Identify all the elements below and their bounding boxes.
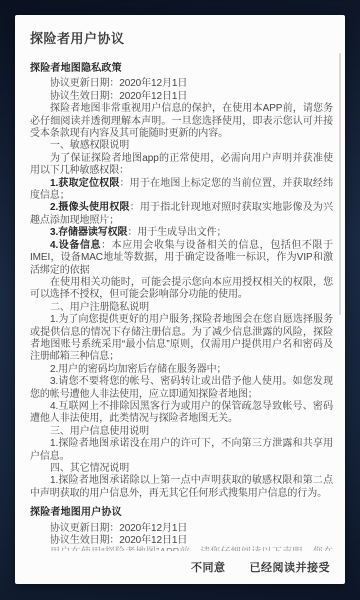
privacy-effective-date: 协议生效日期：2020年12日1日 xyxy=(30,91,333,103)
agreement-intro-truncated: 用户在使用“探险者地图”APP前，请您仔细阅读以下声明，您在使用探 xyxy=(30,547,333,551)
user-agreement-dialog: 探险者用户协议 探险者地图隐私政策 协议更新日期：2020年12月1日 协议生效… xyxy=(15,15,345,584)
info-use-item-1: 1.探险者地图承诺没在用户的许可下，不向第三方泄露和共享用户信息。 xyxy=(30,438,333,463)
privacy-policy-heading: 探险者地图隐私政策 xyxy=(30,63,333,75)
scrollbar-track xyxy=(339,53,341,544)
register-item-3: 3.请您不要将您的帐号、密码转让或出借予他人使用。如您发现您的帐号遭他人非法使用… xyxy=(30,376,333,401)
disagree-button[interactable]: 不同意 xyxy=(191,559,226,575)
agreement-effective-date: 协议生效日期：2020年12日1日 xyxy=(30,535,333,547)
user-agreement-heading: 探险者地图用户协议 xyxy=(30,507,333,519)
privacy-intro-paragraph: 探险者地图非常重视用户信息的保护，在使用本APP前，请您务必仔细阅读并透彻理解本… xyxy=(30,103,333,140)
permission-item-device-info: 4.设备信息：本应用会收集与设备相关的信息，包括但不限于IMEI，设备MAC地址… xyxy=(30,240,333,277)
section-1-title: 一、敏感权限说明 xyxy=(30,140,333,152)
section-3-title: 三、用户信息使用说明 xyxy=(30,426,333,438)
section-2-title: 二、用户注册隐私说明 xyxy=(30,302,333,314)
section-4-title: 四、其它情况说明 xyxy=(30,463,333,475)
permission-item-location: 1.获取定位权限：用于在地图上标定您的当前位置，并获取经纬度信息； xyxy=(30,178,333,203)
dialog-actions: 不同意 已经阅读并接受 xyxy=(191,559,330,575)
register-item-1: 1.为了向您提供更好的用户服务,探险者地图会在您自愿选择服务或提供信息的情况下存… xyxy=(30,314,333,364)
permission-note: 在使用相关功能时，可能会提示您向本应用授权相关的权限，您可以选择不授权，但可能会… xyxy=(30,277,333,302)
section-1-intro: 为了保证探险者地图app的正常使用，必需向用户声明并获准使用以下几种敏感权限： xyxy=(30,153,333,178)
accept-button[interactable]: 已经阅读并接受 xyxy=(250,559,331,575)
permission-item-camera: 2.摄像头使用权限：用于指北针现地对照时获取实地影像及为兴趣点添加现地照片； xyxy=(30,202,333,227)
scrollbar-thumb[interactable] xyxy=(339,53,341,315)
permission-item-storage: 3.存储器读写权限：用于生成导出文件； xyxy=(30,227,333,239)
other-item-1: 1.探险者地图承诺除以上第一点中声明获取的敏感权限和第二点中声明获取的用户信息外… xyxy=(30,475,333,500)
privacy-update-date: 协议更新日期：2020年12月1日 xyxy=(30,78,333,90)
register-item-2: 2.用户的密码均加密后存储在服务器中； xyxy=(30,364,333,376)
register-item-4: 4.互联网上不排除因黑客行为或用户的保管疏忽导致帐号、密码遭他人非法使用，此类情… xyxy=(30,401,333,426)
agreement-scroll-area[interactable]: 探险者地图隐私政策 协议更新日期：2020年12月1日 协议生效日期：2020年… xyxy=(30,56,333,551)
dialog-title: 探险者用户协议 xyxy=(15,15,345,47)
agreement-update-date: 协议更新日期：2020年12月1日 xyxy=(30,523,333,535)
